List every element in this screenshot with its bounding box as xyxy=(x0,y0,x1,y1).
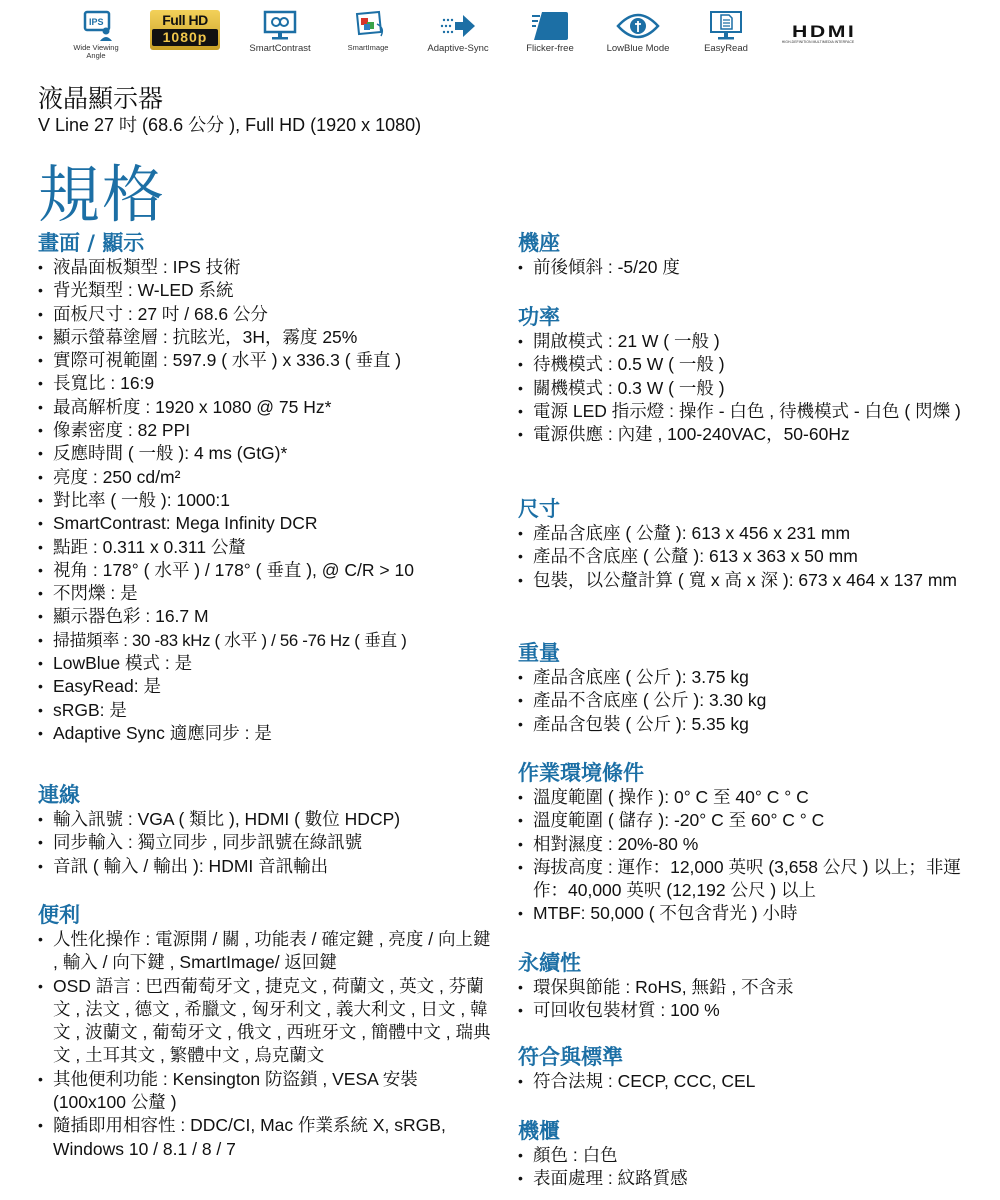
spec-item: 顯示螢幕塗層 : 抗眩光，3H，霧度 25% xyxy=(38,326,508,349)
spec-item: 液晶面板類型 : IPS 技術 xyxy=(38,256,508,279)
feature-flicker-free: Flicker-free xyxy=(515,10,585,54)
section-operating-conditions: 作業環境條件 溫度範圍 ( 操作 ): 0° C 至 40° C ° C 溫度範… xyxy=(518,760,978,926)
spec-item: 產品含底座 ( 公釐 ): 613 x 456 x 231 mm xyxy=(518,522,978,545)
spec-item: 產品不含底座 ( 公釐 ): 613 x 363 x 50 mm xyxy=(518,545,978,568)
spec-item: 溫度範圍 ( 操作 ): 0° C 至 40° C ° C xyxy=(518,786,978,809)
feature-smartimage: SmartImage xyxy=(338,10,398,52)
spec-item: OSD 語言 : 巴西葡萄牙文 , 捷克文 , 荷蘭文 , 英文 , 芬蘭文 ,… xyxy=(38,975,493,1068)
spec-item: 不閃爍 : 是 xyxy=(38,582,508,605)
spec-item: 開啟模式 : 21 W ( 一般 ) xyxy=(518,330,978,353)
section-display: 畫面 / 顯示 液晶面板類型 : IPS 技術 背光類型 : W-LED 系統 … xyxy=(38,230,508,745)
spec-list: 前後傾斜 : -5/20 度 xyxy=(518,256,978,279)
hdmi-logo: HDMI xyxy=(792,24,856,40)
section-power: 功率 開啟模式 : 21 W ( 一般 ) 待機模式 : 0.5 W ( 一般 … xyxy=(518,304,978,446)
section-title: 連線 xyxy=(38,782,508,808)
section-compliance: 符合與標準 符合法規 : CECP, CCC, CEL xyxy=(518,1044,978,1093)
feature-smartcontrast: SmartContrast xyxy=(240,10,320,54)
spec-item: 人性化操作 : 電源開 / 關 , 功能表 / 確定鍵 , 亮度 / 向上鍵 ,… xyxy=(38,928,493,975)
spec-item: sRGB: 是 xyxy=(38,699,508,722)
feature-lowblue-mode: LowBlue Mode xyxy=(598,10,678,54)
badge-bottom-text: 1080p xyxy=(152,29,218,46)
spec-item: 音訊 ( 輸入 / 輸出 ): HDMI 音訊輸出 xyxy=(38,855,508,878)
spec-item: 隨插即用相容性 : DDC/CI, Mac 作業系統 X, sRGB, Wind… xyxy=(38,1114,493,1161)
section-cabinet: 機櫃 顏色 : 白色 表面處理 : 紋路質感 xyxy=(518,1118,978,1191)
section-convenience: 便利 人性化操作 : 電源開 / 關 , 功能表 / 確定鍵 , 亮度 / 向上… xyxy=(38,902,493,1161)
section-weight: 重量 產品含底座 ( 公斤 ): 3.75 kg 產品不含底座 ( 公斤 ): … xyxy=(518,640,978,736)
spec-item: 產品不含底座 ( 公斤 ): 3.30 kg xyxy=(518,689,978,712)
eye-icon xyxy=(616,10,660,42)
spec-list: 開啟模式 : 21 W ( 一般 ) 待機模式 : 0.5 W ( 一般 ) 關… xyxy=(518,330,978,446)
feature-adaptive-sync: Adaptive-Sync xyxy=(418,10,498,54)
spec-item: 長寬比 : 16:9 xyxy=(38,372,508,395)
section-title: 重量 xyxy=(518,640,978,666)
product-model-subtitle: V Line 27 吋 (68.6 公分 ), Full HD (1920 x … xyxy=(38,114,421,136)
spec-item: Adaptive Sync 適應同步 : 是 xyxy=(38,722,508,745)
section-sustainability: 永續性 環保與節能 : RoHS, 無鉛 , 不含汞 可回收包裝材質 : 100… xyxy=(518,950,978,1023)
spec-item: 包裝，以公釐計算 ( 寬 x 高 x 深 ): 673 x 464 x 137 … xyxy=(518,569,978,592)
spec-item: 最高解析度 : 1920 x 1080 @ 75 Hz* xyxy=(38,396,508,419)
spec-item: 同步輸入 : 獨立同步 , 同步訊號在綠訊號 xyxy=(38,831,508,854)
ips-icon: IPS xyxy=(79,10,113,42)
spec-item: 相對濕度 : 20%-80 % xyxy=(518,833,978,856)
spec-item: 待機模式 : 0.5 W ( 一般 ) xyxy=(518,353,978,376)
spec-item: 其他便利功能 : Kensington 防盜鎖 , VESA 安裝 (100x1… xyxy=(38,1068,493,1115)
spec-list: 環保與節能 : RoHS, 無鉛 , 不含汞 可回收包裝材質 : 100 % xyxy=(518,976,978,1023)
section-dimensions: 尺寸 產品含底座 ( 公釐 ): 613 x 456 x 231 mm 產品不含… xyxy=(518,496,978,592)
spec-list: 產品含底座 ( 公斤 ): 3.75 kg 產品不含底座 ( 公斤 ): 3.3… xyxy=(518,666,978,736)
spec-item: 掃描頻率 : 30 -83 kHz ( 水平 ) / 56 -76 Hz ( 垂… xyxy=(38,629,508,652)
section-title: 機座 xyxy=(518,230,978,256)
spec-item: 產品含包裝 ( 公斤 ): 5.35 kg xyxy=(518,713,978,736)
spec-item: 海拔高度 : 運作：12,000 英呎 (3,658 公尺 ) 以上；非運作：4… xyxy=(518,856,978,903)
spec-item: 電源供應 : 內建 , 100-240VAC，50-60Hz xyxy=(518,423,978,446)
feature-label: EasyRead xyxy=(704,44,748,54)
smartimage-icon xyxy=(351,10,385,42)
spec-item: 顏色 : 白色 xyxy=(518,1144,978,1167)
svg-text:IPS: IPS xyxy=(89,17,104,27)
spec-item: 背光類型 : W-LED 系統 xyxy=(38,279,508,302)
feature-label: Adaptive-Sync xyxy=(427,44,488,54)
spec-list: 符合法規 : CECP, CCC, CEL xyxy=(518,1070,978,1093)
spec-item: 亮度 : 250 cd/m² xyxy=(38,466,508,489)
feature-label: SmartContrast xyxy=(249,44,310,54)
product-category-title: 液晶顯示器 xyxy=(38,84,163,114)
easyread-monitor-icon xyxy=(709,10,743,42)
spec-list: 液晶面板類型 : IPS 技術 背光類型 : W-LED 系統 面板尺寸 : 2… xyxy=(38,256,508,745)
section-title: 畫面 / 顯示 xyxy=(38,230,508,256)
feature-full-hd: Full HD 1080p xyxy=(150,10,220,50)
feature-icon-strip: IPS Wide Viewing Angle Full HD 1080p Sma… xyxy=(60,10,880,70)
full-hd-1080p-badge: Full HD 1080p xyxy=(150,10,220,50)
section-title: 便利 xyxy=(38,902,493,928)
section-title: 永續性 xyxy=(518,950,978,976)
section-connectivity: 連線 輸入訊號 : VGA ( 類比 ), HDMI ( 數位 HDCP) 同步… xyxy=(38,782,508,878)
feature-label: LowBlue Mode xyxy=(607,44,670,54)
spec-item: MTBF: 50,000 ( 不包含背光 ) 小時 xyxy=(518,902,978,925)
spec-item: 環保與節能 : RoHS, 無鉛 , 不含汞 xyxy=(518,976,978,999)
spec-item: 實際可視範圍 : 597.9 ( 水平 ) x 336.3 ( 垂直 ) xyxy=(38,349,508,372)
spec-item: 產品含底座 ( 公斤 ): 3.75 kg xyxy=(518,666,978,689)
feature-label: SmartImage xyxy=(348,44,389,52)
spec-item: 像素密度 : 82 PPI xyxy=(38,419,508,442)
spec-item: EasyRead: 是 xyxy=(38,675,508,698)
spec-item: 前後傾斜 : -5/20 度 xyxy=(518,256,978,279)
feature-easyread: EasyRead xyxy=(696,10,756,54)
feature-label: Wide Viewing Angle xyxy=(66,44,126,60)
adaptive-sync-arrow-icon xyxy=(438,10,478,42)
feature-hdmi: HDMI HIGH-DEFINITION MULTIMEDIA INTERFAC… xyxy=(778,24,858,45)
section-title: 符合與標準 xyxy=(518,1044,978,1070)
section-title: 功率 xyxy=(518,304,978,330)
spec-item: 對比率 ( 一般 ): 1000:1 xyxy=(38,489,508,512)
spec-list: 人性化操作 : 電源開 / 關 , 功能表 / 確定鍵 , 亮度 / 向上鍵 ,… xyxy=(38,928,493,1161)
spec-item: 點距 : 0.311 x 0.311 公釐 xyxy=(38,536,508,559)
spec-item: 輸入訊號 : VGA ( 類比 ), HDMI ( 數位 HDCP) xyxy=(38,808,508,831)
spec-item: 電源 LED 指示燈 : 操作 - 白色 , 待機模式 - 白色 ( 閃爍 ) xyxy=(518,400,978,423)
spec-item: 可回收包裝材質 : 100 % xyxy=(518,999,978,1022)
section-title: 作業環境條件 xyxy=(518,760,978,786)
spec-list: 溫度範圍 ( 操作 ): 0° C 至 40° C ° C 溫度範圍 ( 儲存 … xyxy=(518,786,978,926)
flicker-free-icon xyxy=(530,10,570,42)
section-title: 機櫃 xyxy=(518,1118,978,1144)
spec-item: 視角 : 178° ( 水平 ) / 178° ( 垂直 ), @ C/R > … xyxy=(38,559,508,582)
smartcontrast-icon xyxy=(263,10,297,42)
section-title: 尺寸 xyxy=(518,496,978,522)
badge-top-text: Full HD xyxy=(152,12,218,29)
spec-list: 輸入訊號 : VGA ( 類比 ), HDMI ( 數位 HDCP) 同步輸入 … xyxy=(38,808,508,878)
spec-item: 反應時間 ( 一般 ): 4 ms (GtG)* xyxy=(38,442,508,465)
spec-item: 關機模式 : 0.3 W ( 一般 ) xyxy=(518,377,978,400)
spec-item: 面板尺寸 : 27 吋 / 68.6 公分 xyxy=(38,303,508,326)
section-stand: 機座 前後傾斜 : -5/20 度 xyxy=(518,230,978,279)
spec-list: 顏色 : 白色 表面處理 : 紋路質感 xyxy=(518,1144,978,1191)
spec-list: 產品含底座 ( 公釐 ): 613 x 456 x 231 mm 產品不含底座 … xyxy=(518,522,978,592)
spec-item: 符合法規 : CECP, CCC, CEL xyxy=(518,1070,978,1093)
feature-wide-viewing-angle: IPS Wide Viewing Angle xyxy=(60,10,132,60)
spec-item: 溫度範圍 ( 儲存 ): -20° C 至 60° C ° C xyxy=(518,809,978,832)
spec-item: SmartContrast: Mega Infinity DCR xyxy=(38,512,508,535)
spec-item: 顯示器色彩 : 16.7 M xyxy=(38,605,508,628)
specifications-heading: 規格 xyxy=(38,160,166,230)
spec-item: 表面處理 : 紋路質感 xyxy=(518,1167,978,1190)
spec-item: LowBlue 模式 : 是 xyxy=(38,652,508,675)
feature-label: Flicker-free xyxy=(526,44,574,54)
